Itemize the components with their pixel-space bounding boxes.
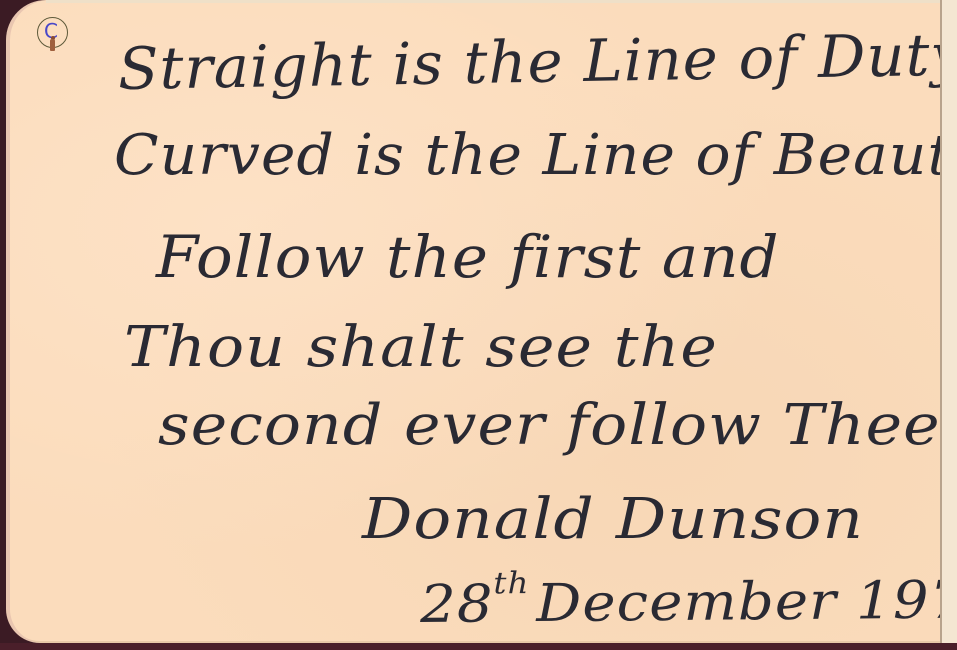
top-page-edge	[46, 0, 946, 3]
verse-line-2: Curved is the Line of Beauty	[114, 128, 957, 184]
circle-c-watermark-icon: C	[37, 17, 68, 48]
verse-line-4: Thou shalt see the	[124, 320, 718, 376]
date-day: 28	[420, 574, 494, 635]
date-suffix: th	[493, 566, 529, 601]
signature: Donald Dunson	[362, 492, 864, 548]
scanned-album-page: C Straight is the Line of Duty Curved is…	[0, 0, 957, 650]
album-cover-edge	[0, 643, 957, 650]
date-line: 28thDecember 1974	[420, 565, 957, 631]
date-month-year: December 1974	[536, 570, 957, 634]
next-page-strip	[942, 0, 957, 643]
verse-line-3: Follow the first and	[156, 228, 780, 286]
verse-line-5: second ever follow Thee.	[158, 398, 957, 454]
watermark-figure-icon	[50, 39, 55, 51]
verse-line-1: Straight is the Line of Duty	[117, 26, 957, 98]
paper-page: C Straight is the Line of Duty Curved is…	[6, 0, 940, 643]
